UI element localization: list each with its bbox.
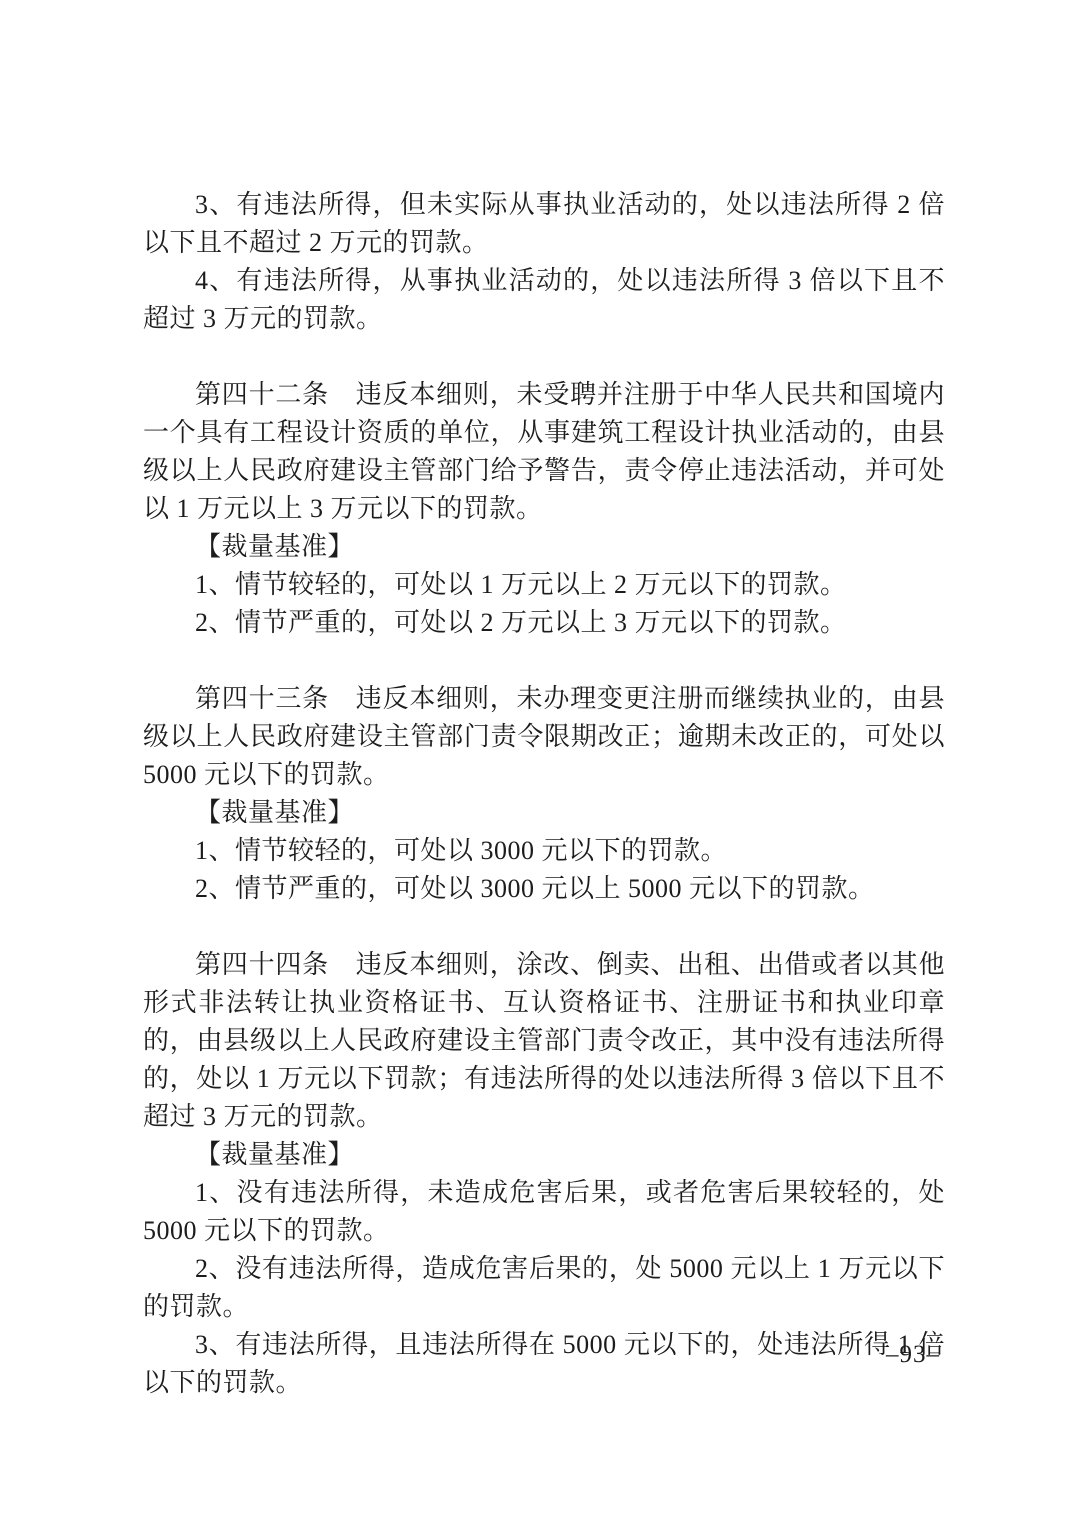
penalty-item-paragraph: 4、有违法所得，从事执业活动的，处以违法所得 3 倍以下且不超过 3 万元的罚款… [143,262,945,338]
document-body: 3、有违法所得，但未实际从事执业活动的，处以违法所得 2 倍以下且不超过 2 万… [143,186,945,1402]
penalty-item-paragraph: 3、有违法所得，且违法所得在 5000 元以下的，处违法所得 1 倍以下的罚款。 [143,1326,945,1402]
penalty-item-paragraph: 2、情节严重的，可处以 2 万元以上 3 万元以下的罚款。 [143,604,945,642]
article-43-paragraph: 第四十三条 违反本细则，未办理变更注册而继续执业的，由县级以上人民政府建设主管部… [143,680,945,794]
penalty-item-paragraph: 3、有违法所得，但未实际从事执业活动的，处以违法所得 2 倍以下且不超过 2 万… [143,186,945,262]
article-42-paragraph: 第四十二条 违反本细则，未受聘并注册于中华人民共和国境内一个具有工程设计资质的单… [143,376,945,528]
penalty-item-paragraph: 2、没有违法所得，造成危害后果的，处 5000 元以上 1 万元以下的罚款。 [143,1250,945,1326]
discretion-basis-heading: 【裁量基准】 [143,1136,945,1174]
article-44-paragraph: 第四十四条 违反本细则，涂改、倒卖、出租、出借或者以其他形式非法转让执业资格证书… [143,946,945,1136]
page-number: –93– [886,1340,940,1370]
discretion-basis-heading: 【裁量基准】 [143,528,945,566]
penalty-item-paragraph: 1、没有违法所得，未造成危害后果，或者危害后果较轻的，处 5000 元以下的罚款… [143,1174,945,1250]
penalty-item-paragraph: 1、情节较轻的，可处以 3000 元以下的罚款。 [143,832,945,870]
penalty-item-paragraph: 2、情节严重的，可处以 3000 元以上 5000 元以下的罚款。 [143,870,945,908]
penalty-item-paragraph: 1、情节较轻的，可处以 1 万元以上 2 万元以下的罚款。 [143,566,945,604]
discretion-basis-heading: 【裁量基准】 [143,794,945,832]
document-page: 3、有违法所得，但未实际从事执业活动的，处以违法所得 2 倍以下且不超过 2 万… [0,0,1075,1520]
